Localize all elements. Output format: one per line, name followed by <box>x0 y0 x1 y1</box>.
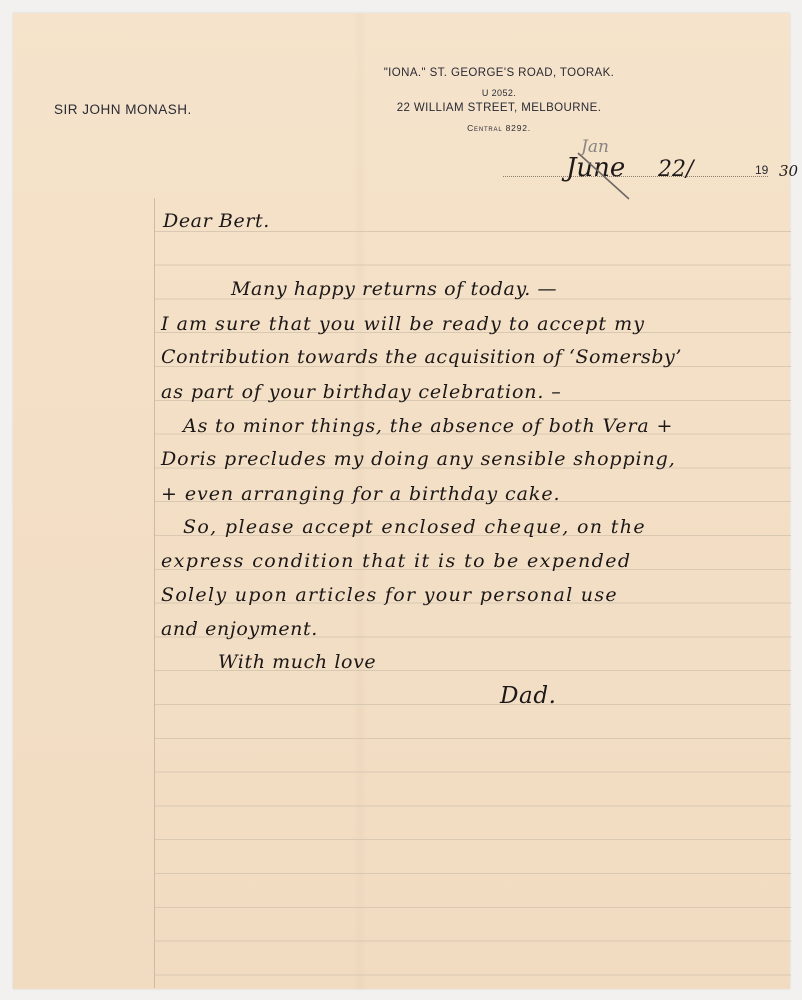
letter-line-2: I am sure that you will be ready to acce… <box>161 313 645 335</box>
letter-line-4: as part of your birthday celebration. – <box>161 381 562 403</box>
letter-line-9: express condition that it is to be expen… <box>161 550 631 572</box>
letter-line-5: As to minor things, the absence of both … <box>183 415 673 437</box>
strikethrough-icon <box>576 151 631 201</box>
date-day: 22/ <box>658 157 693 182</box>
letterhead-office-address: 22 WILLIAM STREET, MELBOURNE. <box>299 102 699 114</box>
date-dotted-line <box>503 176 768 177</box>
date-year-handwritten: 30 <box>779 162 798 180</box>
letterhead-home-phone: U 2052. <box>299 88 699 98</box>
date-year-printed: 19 <box>755 163 768 177</box>
salutation: Dear Bert. <box>163 210 270 232</box>
letter-line-6: Doris precludes my doing any sensible sh… <box>161 448 676 470</box>
signature: Dad. <box>500 683 557 709</box>
letterhead-name: SIR JOHN MONASH. <box>54 102 192 117</box>
letterhead-office-phone: Central 8292. <box>299 123 699 133</box>
letter-line-1: Many happy returns of today. — <box>231 278 557 300</box>
letter-line-7: + even arranging for a birthday cake. <box>161 483 561 505</box>
letterhead-home-address: "IONA." ST. GEORGE'S ROAD, TOORAK. <box>299 67 699 79</box>
closing: With much love <box>218 651 376 673</box>
letter-line-10: Solely upon articles for your personal u… <box>161 584 618 606</box>
letter-paper: SIR JOHN MONASH. "IONA." ST. GEORGE'S RO… <box>13 13 790 989</box>
letter-line-8: So, please accept enclosed cheque, on th… <box>183 516 646 538</box>
letter-line-11: and enjoyment. <box>161 618 318 640</box>
letter-line-3: Contribution towards the acquisition of … <box>161 346 682 368</box>
